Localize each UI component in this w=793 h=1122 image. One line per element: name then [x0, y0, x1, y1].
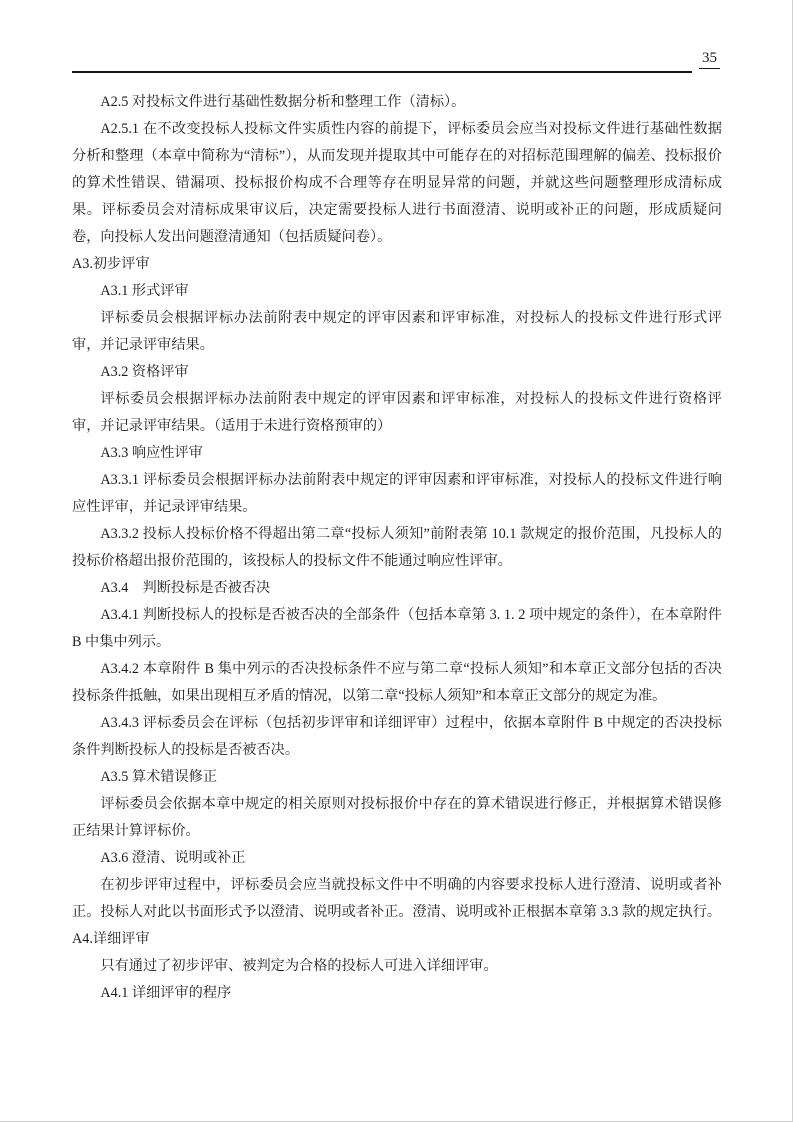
heading-a3-2: A3.2 资格评审	[72, 359, 722, 386]
paragraph-a3-4-2: A3.4.2 本章附件 B 集中列示的否决投标条件不应与第二章“投标人须知”和本…	[72, 656, 722, 710]
page-number: 35	[699, 48, 720, 69]
paragraph-a3-2: 评标委员会根据评标办法前附表中规定的评审因素和评审标准，对投标人的投标文件进行资…	[72, 386, 722, 440]
paragraph-a2-5: A2.5 对投标文件进行基础性数据分析和整理工作（清标）。	[72, 89, 722, 116]
heading-a4-1: A4.1 详细评审的程序	[72, 980, 722, 1007]
heading-a4: A4.详细评审	[72, 926, 722, 953]
heading-a3-1: A3.1 形式评审	[72, 278, 722, 305]
paragraph-a3-5: 评标委员会依据本章中规定的相关原则对投标报价中存在的算术错误进行修正，并根据算术…	[72, 791, 722, 845]
paragraph-a4: 只有通过了初步评审、被判定为合格的投标人可进入详细评审。	[72, 953, 722, 980]
paragraph-a3-6: 在初步评审过程中，评标委员会应当就投标文件中不明确的内容要求投标人进行澄清、说明…	[72, 872, 722, 926]
header-rule	[72, 71, 692, 73]
paragraph-a2-5-1: A2.5.1 在不改变投标人投标文件实质性内容的前提下，评标委员会应当对投标文件…	[72, 116, 722, 251]
heading-a3-4: A3.4 判断投标是否被否决	[72, 575, 722, 602]
paragraph-a3-3-2: A3.3.2 投标人投标价格不得超出第二章“投标人须知”前附表第 10.1 款规…	[72, 521, 722, 575]
paragraph-a3-1: 评标委员会根据评标办法前附表中规定的评审因素和评审标准，对投标人的投标文件进行形…	[72, 305, 722, 359]
paragraph-a3-3-1: A3.3.1 评标委员会根据评标办法前附表中规定的评审因素和评审标准，对投标人的…	[72, 467, 722, 521]
heading-a3: A3.初步评审	[72, 251, 722, 278]
heading-a3-5: A3.5 算术错误修正	[72, 764, 722, 791]
document-body: A2.5 对投标文件进行基础性数据分析和整理工作（清标）。 A2.5.1 在不改…	[72, 89, 722, 1007]
paragraph-a3-4-3: A3.4.3 评标委员会在评标（包括初步评审和详细评审）过程中，依据本章附件 B…	[72, 710, 722, 764]
page-header: 35	[72, 48, 722, 74]
heading-a3-6: A3.6 澄清、说明或补正	[72, 845, 722, 872]
heading-a3-3: A3.3 响应性评审	[72, 440, 722, 467]
paragraph-a3-4-1: A3.4.1 判断投标人的投标是否被否决的全部条件（包括本章第 3. 1. 2 …	[72, 602, 722, 656]
document-page: 35 A2.5 对投标文件进行基础性数据分析和整理工作（清标）。 A2.5.1 …	[0, 0, 793, 1122]
